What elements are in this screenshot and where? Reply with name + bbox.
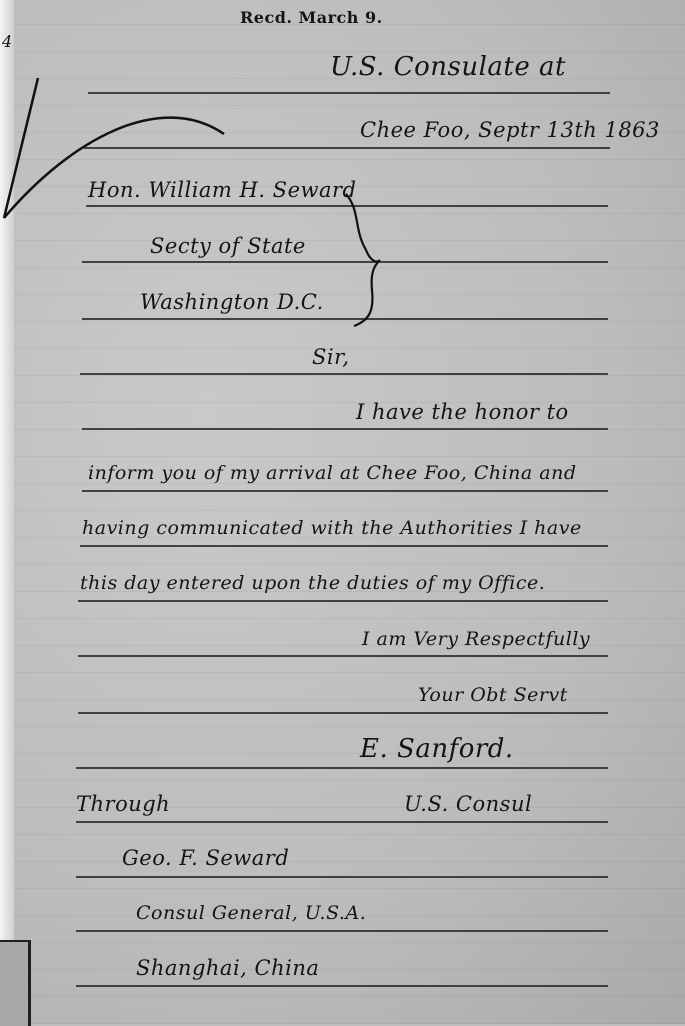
address-brace-icon [340,190,390,330]
ruled-line [78,600,608,602]
heading-date-line: Chee Foo, Septr 13th 1863 [360,118,660,142]
signature-title: U.S. Consul [404,792,532,816]
routing-line-2: Consul General, U.S.A. [136,902,366,924]
ruled-line [78,655,608,657]
addressee-place: Washington D.C. [140,290,324,314]
ruled-line [80,545,608,547]
routing-line-1: Geo. F. Seward [122,846,289,870]
ruled-line [82,490,608,492]
letter-page: 4 Recd. March 9. U.S. Consulate at Chee … [0,0,685,1024]
corner-numeral: 4 [2,32,13,51]
binding-tab [0,940,31,1024]
salutation: Sir, [312,345,350,369]
addressee-name: Hon. William H. Seward [88,178,356,202]
addressee-title: Secty of State [150,234,306,258]
heading-line-1: U.S. Consulate at [330,52,566,82]
closing-line-1: I am Very Respectfully [362,628,590,650]
ruled-line [76,821,608,823]
body-line-2: inform you of my arrival at Chee Foo, Ch… [88,462,577,484]
body-line-1: I have the honor to [356,400,569,424]
received-note: Recd. March 9. [240,8,383,27]
routing-line-3: Shanghai, China [136,956,319,980]
ruled-line [82,428,608,430]
body-line-4: this day entered upon the duties of my O… [80,572,545,594]
closing-line-2: Your Obt Servt [418,684,568,706]
routing-label: Through [76,792,170,816]
ruled-line [76,876,608,878]
signature: E. Sanford. [360,734,514,764]
ruled-line [76,985,608,987]
ruled-line [80,373,608,375]
ruled-line [78,712,608,714]
ruled-line [76,930,608,932]
body-line-3: having communicated with the Authorities… [82,517,582,539]
ruled-line [76,767,608,769]
